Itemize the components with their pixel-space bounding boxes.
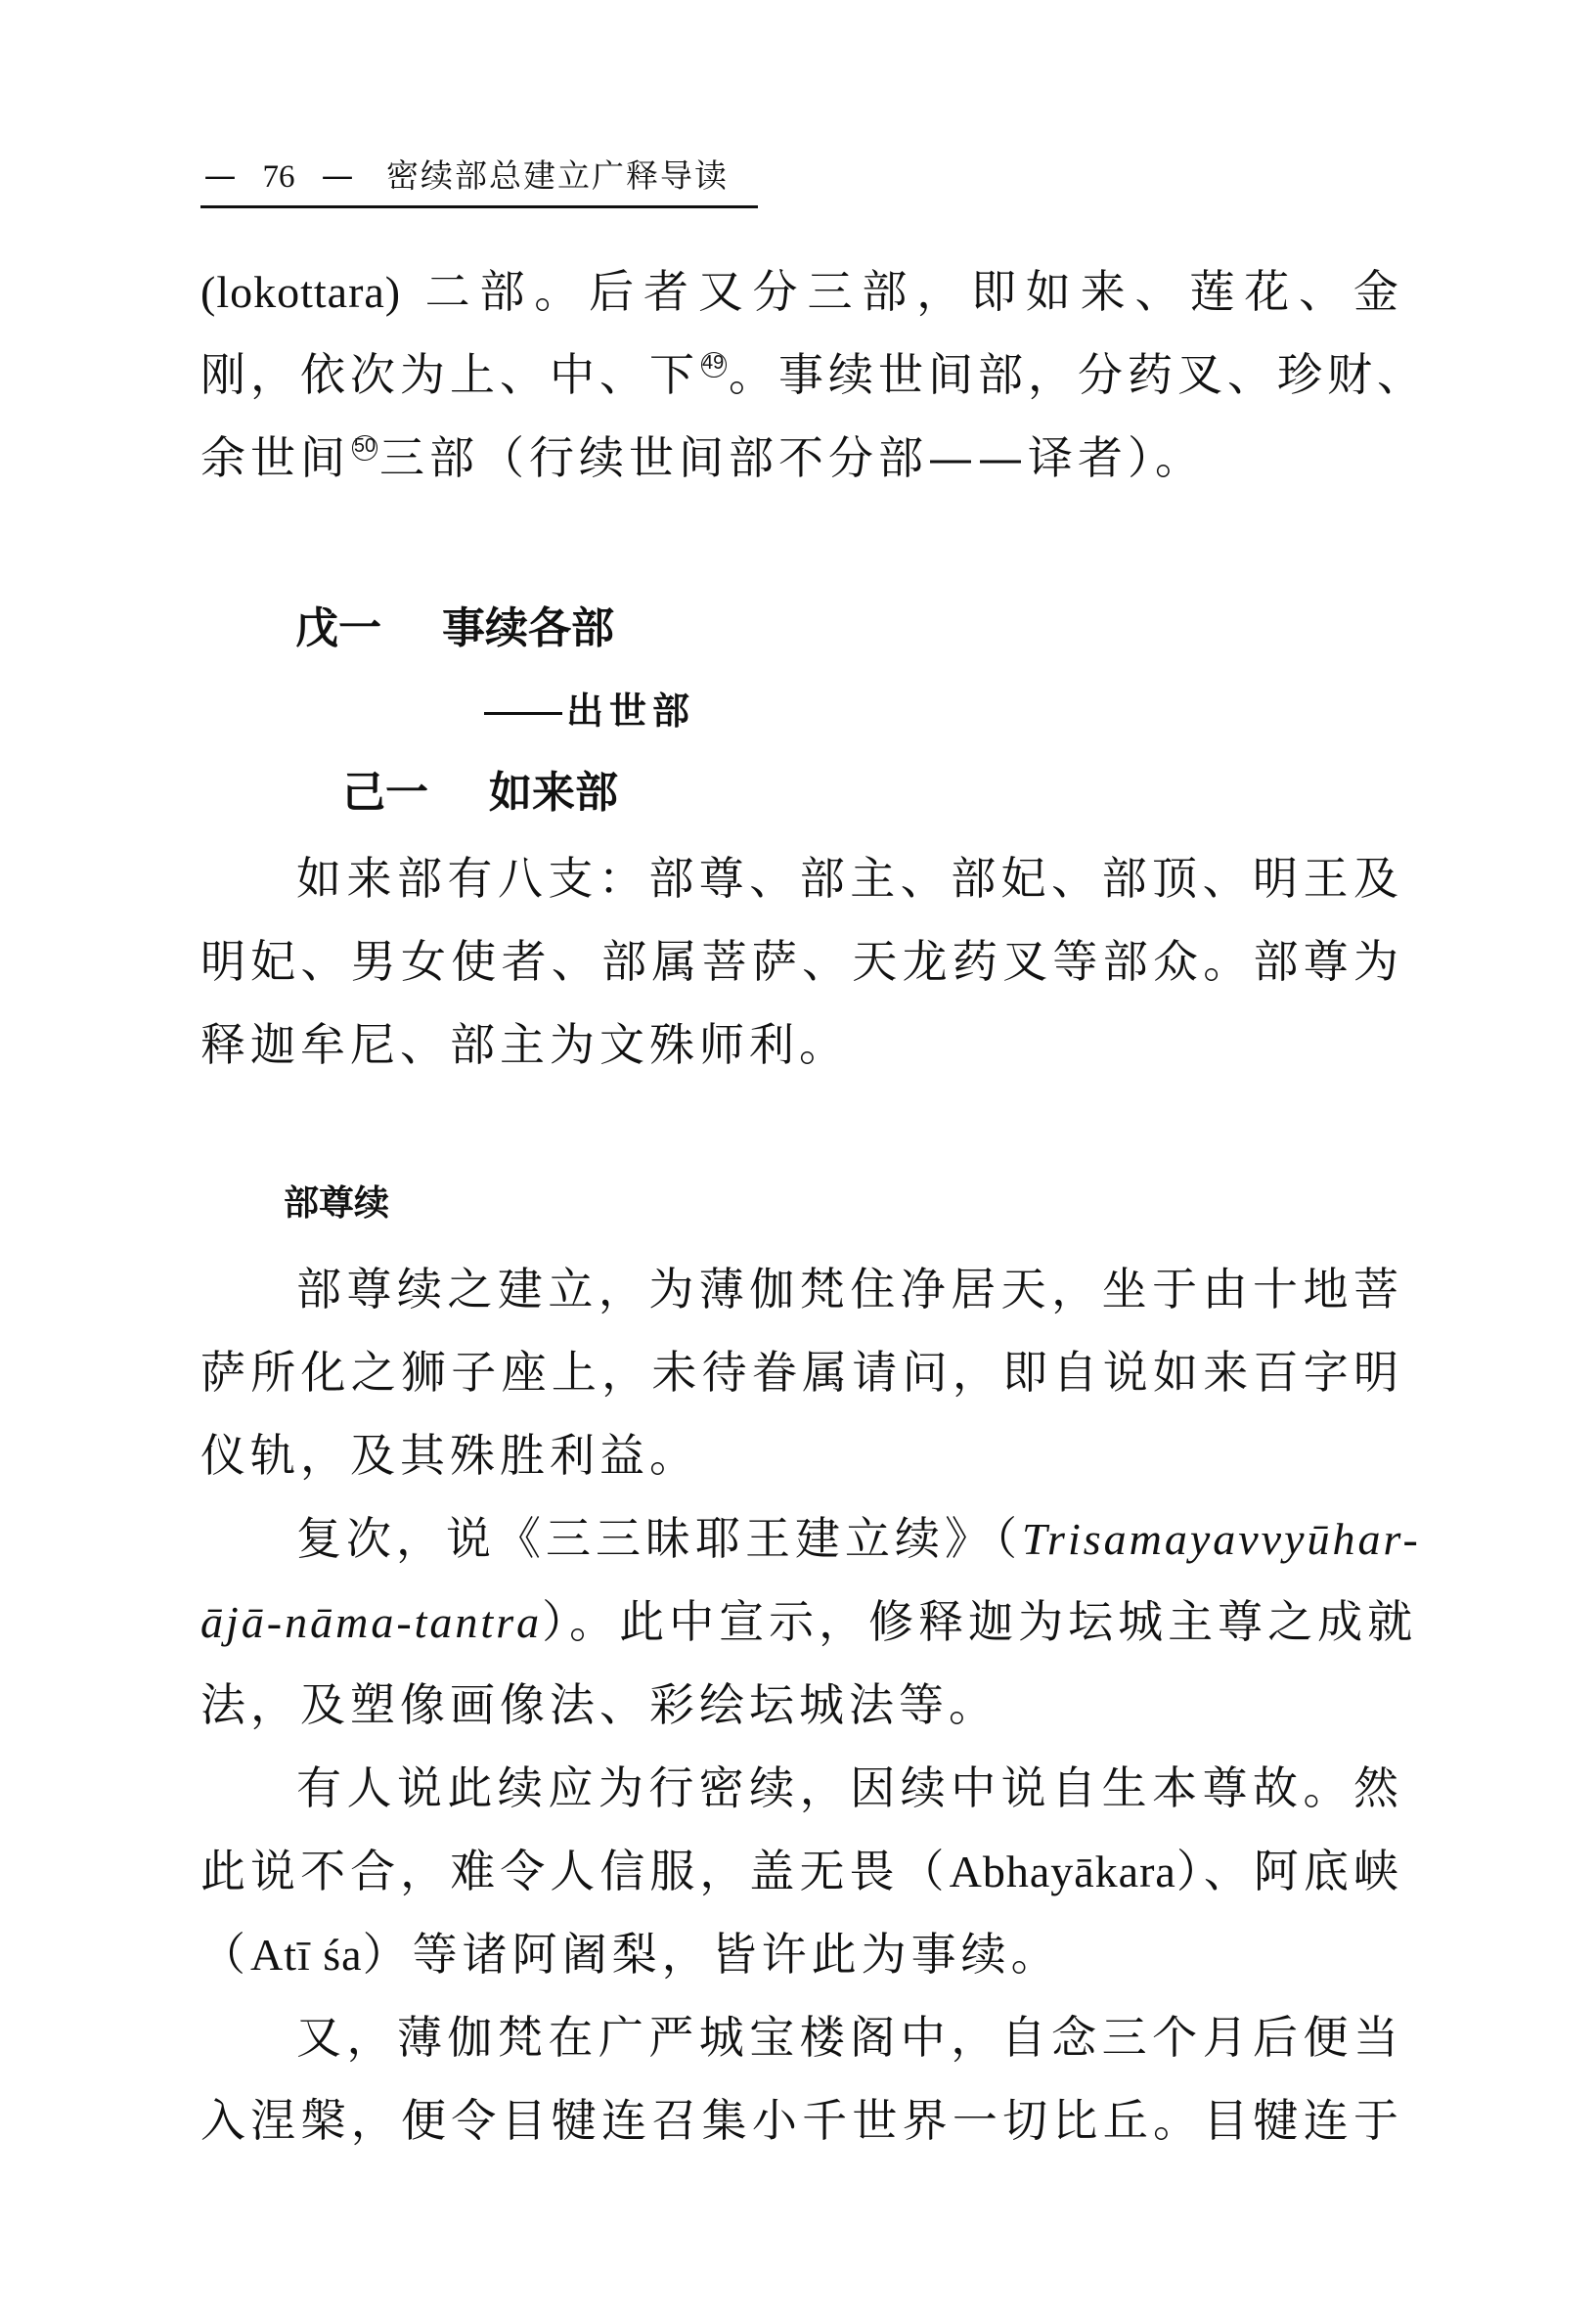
- section-heading-level-wu: 戊一事续各部: [295, 602, 614, 656]
- sanskrit-title: ājā-nāma-tantra: [200, 1597, 542, 1647]
- text-line: 释迦牟尼、部主为文殊师利。: [200, 1017, 1403, 1072]
- book-title: 密续部总建立广释导读: [386, 156, 729, 195]
- text-line: （Atī śa）等诸阿阇梨，皆许此为事续。: [200, 1927, 1403, 1983]
- text-line: 仪轨，及其殊胜利益。: [200, 1428, 1403, 1483]
- subtitle-text: 出世部: [566, 690, 695, 733]
- heading-level-label: 己一: [342, 766, 489, 821]
- text-line: 萨所化之狮子座上，未待眷属请问，即自说如来百字明: [200, 1345, 1403, 1400]
- sanskrit-name: Abhayākara: [950, 1847, 1176, 1896]
- text-line: 复次，说《三三昧耶王建立续》（Trisamayavvyūhar-: [200, 1511, 1403, 1567]
- text-line: 刚，依次为上、中、下49。事续世间部，分药叉、珍财、: [200, 347, 1403, 402]
- section-heading-level-ji: 己一如来部: [342, 766, 618, 821]
- page-number: 76: [240, 157, 318, 197]
- text-line: 有人说此续应为行密续，因续中说自生本尊故。然: [200, 1760, 1403, 1815]
- header-dash-left: —: [200, 156, 240, 196]
- subsection-title: 部尊续: [284, 1181, 389, 1226]
- text-line: (lokottara) 二部。后者又分三部，即如来、莲花、金: [200, 264, 1403, 320]
- text-line: 法，及塑像画像法、彩绘坛城法等。: [200, 1677, 1403, 1732]
- text-line: 此说不合，难令人信服，盖无畏（Abhayākara）、阿底峡: [200, 1844, 1403, 1899]
- sanskrit-name: Atī śa: [250, 1930, 363, 1980]
- dash-rule: [484, 712, 562, 715]
- text-line: 又，薄伽梵在广严城宝楼阁中，自念三个月后便当: [200, 2010, 1403, 2065]
- running-header: —76—密续部总建立广释导读: [200, 156, 758, 207]
- header-dash-right: —: [318, 156, 357, 196]
- text-line: 如来部有八支：部尊、部主、部妃、部顶、明王及: [200, 851, 1403, 906]
- book-page: —76—密续部总建立广释导读 (lokottara) 二部。后者又分三部，即如来…: [0, 0, 1596, 2317]
- text-line: 部尊续之建立，为薄伽梵住净居天，坐于由十地菩: [200, 1262, 1403, 1316]
- sanskrit-title: Trisamayavvyūhar-: [1022, 1514, 1421, 1564]
- header-rule: [200, 205, 758, 208]
- footnote-marker[interactable]: 49: [701, 352, 727, 378]
- section-subtitle: 出世部: [484, 687, 695, 735]
- sanskrit-term: (lokottara): [200, 267, 401, 317]
- text-line: ājā-nāma-tantra）。此中宣示，修释迦为坛城主尊之成就: [200, 1594, 1403, 1650]
- text-line: 余世间50三部（行续世间部不分部——译者）。: [200, 430, 1403, 485]
- heading-title: 事续各部: [442, 603, 614, 653]
- text-line: 明妃、男女使者、部属菩萨、天龙药叉等部众。部尊为: [200, 934, 1403, 989]
- footnote-marker[interactable]: 50: [352, 435, 377, 461]
- heading-title: 如来部: [489, 768, 618, 818]
- heading-level-label: 戊一: [295, 602, 442, 656]
- text-line: 入涅槃，便令目犍连召集小千世界一切比丘。目犍连于: [200, 2093, 1403, 2148]
